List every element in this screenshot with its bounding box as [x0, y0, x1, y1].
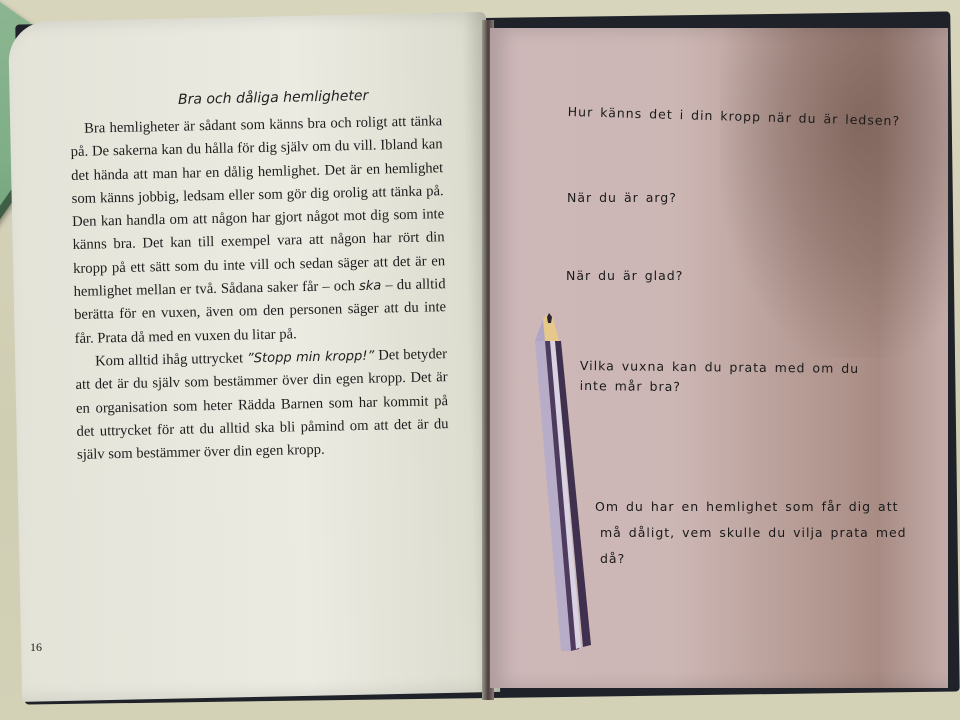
page-number: 16	[30, 640, 42, 655]
hand-shadow	[720, 28, 950, 358]
question-bad-secret-line-2: må dåligt, vem skulle du vilja prata med…	[595, 520, 925, 572]
paragraph-1-text-a: Bra hemligheter är sådant som känns bra …	[71, 113, 446, 300]
body-text: Bra hemligheter är sådant som känns bra …	[70, 110, 449, 467]
question-trusted-adults: Vilka vuxna kan du prata med om du inte …	[580, 356, 880, 399]
question-happy: När du är glad?	[566, 268, 683, 283]
paragraph-2-emphasis: ”Stopp min kropp!”	[247, 349, 375, 367]
paragraph-1: Bra hemligheter är sådant som känns bra …	[70, 110, 447, 351]
paragraph-2: Kom alltid ihåg uttrycket ”Stopp min kro…	[75, 343, 449, 467]
question-angry: När du är arg?	[567, 190, 677, 205]
question-bad-secret-line-1: Om du har en hemlighet som får dig att	[595, 499, 899, 514]
pencil-icon	[531, 313, 591, 653]
paragraph-2-text-a: Kom alltid ihåg uttrycket	[95, 350, 247, 369]
question-bad-secret: Om du har en hemlighet som får dig att m…	[595, 494, 925, 572]
paragraph-1-emphasis: ska	[359, 279, 382, 294]
